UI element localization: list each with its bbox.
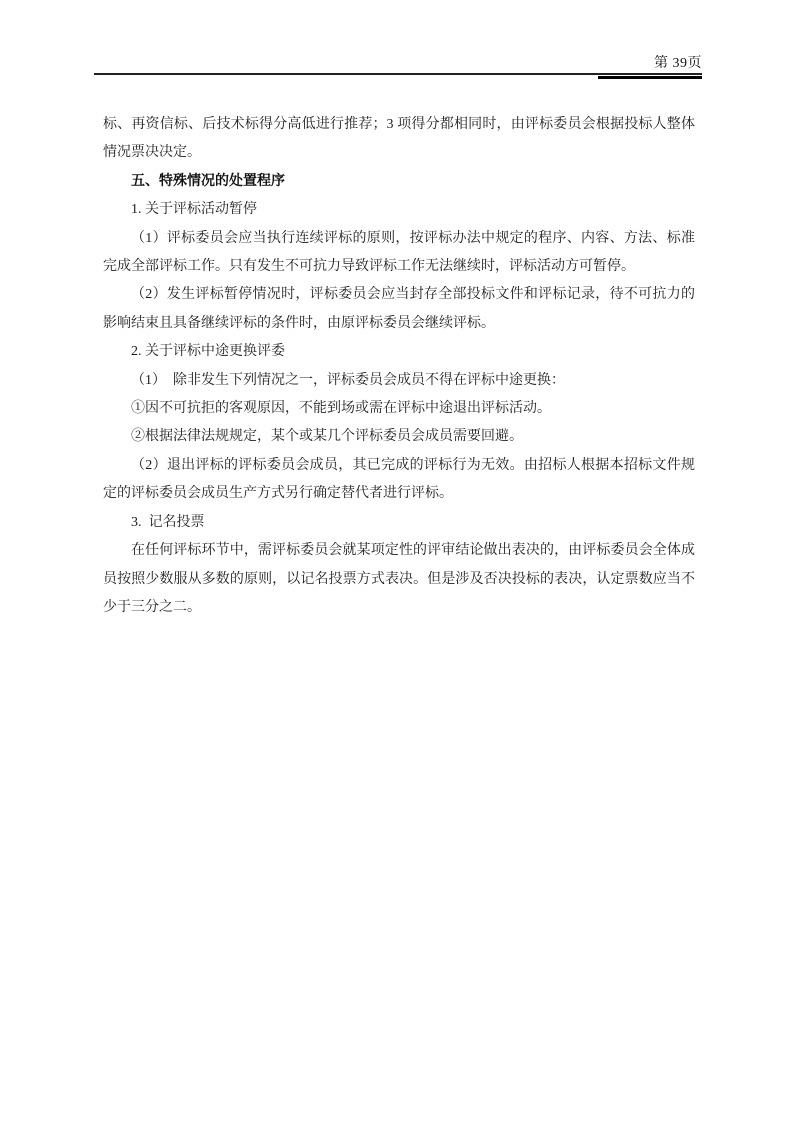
replace-item-1-paragraph: （1） 除非发生下列情况之一，评标委员会成员不得在评标中途更换：: [103, 367, 695, 395]
document-page: 第 39页 标、再资信标、后技术标得分高低进行推荐；3 项得分都相同时，由评标委…: [0, 0, 793, 1122]
circled-bullet-1-paragraph: ①因不可抗拒的客观原因，不能到场或需在评标中途退出评标活动。: [103, 395, 695, 423]
continuation-paragraph: 标、再资信标、后技术标得分高低进行推荐；3 项得分都相同时，由评标委员会根据投标…: [103, 111, 695, 168]
named-voting-paragraph: 在任何评标环节中，需评标委员会就某项定性的评审结论做出表决的，由评标委员会全体成…: [103, 537, 695, 622]
replace-item-2-paragraph: （2）退出评标的评标委员会成员，其已完成的评标行为无效。由招标人根据本招标文件规…: [103, 452, 695, 509]
pause-item-2-paragraph: （2）发生评标暂停情况时，评标委员会应当封存全部投标文件和评标记录，待不可抗力的…: [103, 281, 695, 338]
subsection-heading-named-voting: 3. 记名投票: [103, 509, 695, 537]
page-number-underline: [598, 76, 702, 79]
header-rule: [94, 73, 702, 75]
subsection-heading-evaluation-pause: 1. 关于评标活动暂停: [103, 196, 695, 224]
page-number: 第 39页: [654, 55, 702, 73]
section-heading-special-cases: 五、特殊情况的处置程序: [103, 168, 695, 196]
circled-bullet-2-paragraph: ②根据法律法规规定，某个或某几个评标委员会成员需要回避。: [103, 423, 695, 451]
document-body: 标、再资信标、后技术标得分高低进行推荐；3 项得分都相同时，由评标委员会根据投标…: [103, 111, 695, 622]
subsection-heading-replace-judges: 2. 关于评标中途更换评委: [103, 338, 695, 366]
pause-item-1-paragraph: （1）评标委员会应当执行连续评标的原则，按评标办法中规定的程序、内容、方法、标准…: [103, 225, 695, 282]
